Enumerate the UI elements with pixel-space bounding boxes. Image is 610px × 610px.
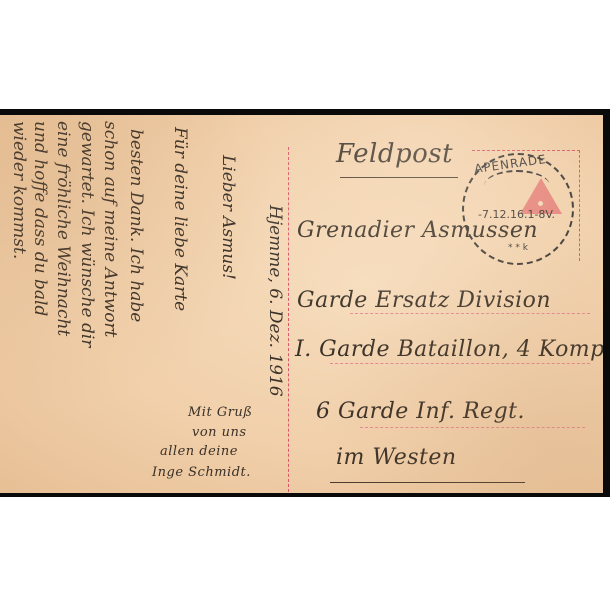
address-rule	[360, 427, 585, 428]
postmark-stars: * * k	[508, 243, 528, 253]
address-line-recipient: Grenadier Asmussen	[297, 218, 538, 243]
address-rule	[350, 313, 590, 314]
address-line-division: Garde Ersatz Division	[297, 288, 551, 313]
message-line: Für deine liebe Karte	[170, 127, 190, 311]
header-underline	[340, 177, 458, 178]
address-line-regiment: 6 Garde Inf. Regt.	[316, 399, 525, 424]
message-line: wieder kommst.	[9, 121, 29, 259]
message-greeting: Lieber Asmus!	[218, 155, 238, 280]
feldpost-header: Feldpost	[336, 139, 453, 169]
closing-line: allen deine	[160, 444, 238, 459]
message-line: gewartet. Ich wünsche dir	[77, 121, 97, 347]
message-line: und hoffe dass du bald	[30, 121, 50, 316]
center-divider	[288, 147, 289, 492]
message-place-date: Hjemme, 6. Dez. 1916	[265, 205, 285, 397]
address-line-battalion: I. Garde Bataillon, 4 Komp.	[295, 337, 603, 362]
postmark-inner-arc	[484, 170, 550, 202]
postcard: wieder kommst. und hoffe dass du bald ei…	[0, 115, 603, 493]
message-line: schon auf meine Antwort	[100, 121, 120, 337]
address-line-front: im Westen	[336, 445, 457, 470]
address-underline	[330, 482, 525, 483]
address-rule	[330, 363, 590, 364]
closing-line: von uns	[192, 425, 247, 440]
closing-line: Mit Gruß	[188, 405, 252, 420]
message-line: besten Dank. Ich habe	[126, 129, 146, 322]
closing-line: Inge Schmidt.	[152, 465, 251, 480]
message-line: eine fröhliche Weihnacht	[53, 121, 73, 336]
